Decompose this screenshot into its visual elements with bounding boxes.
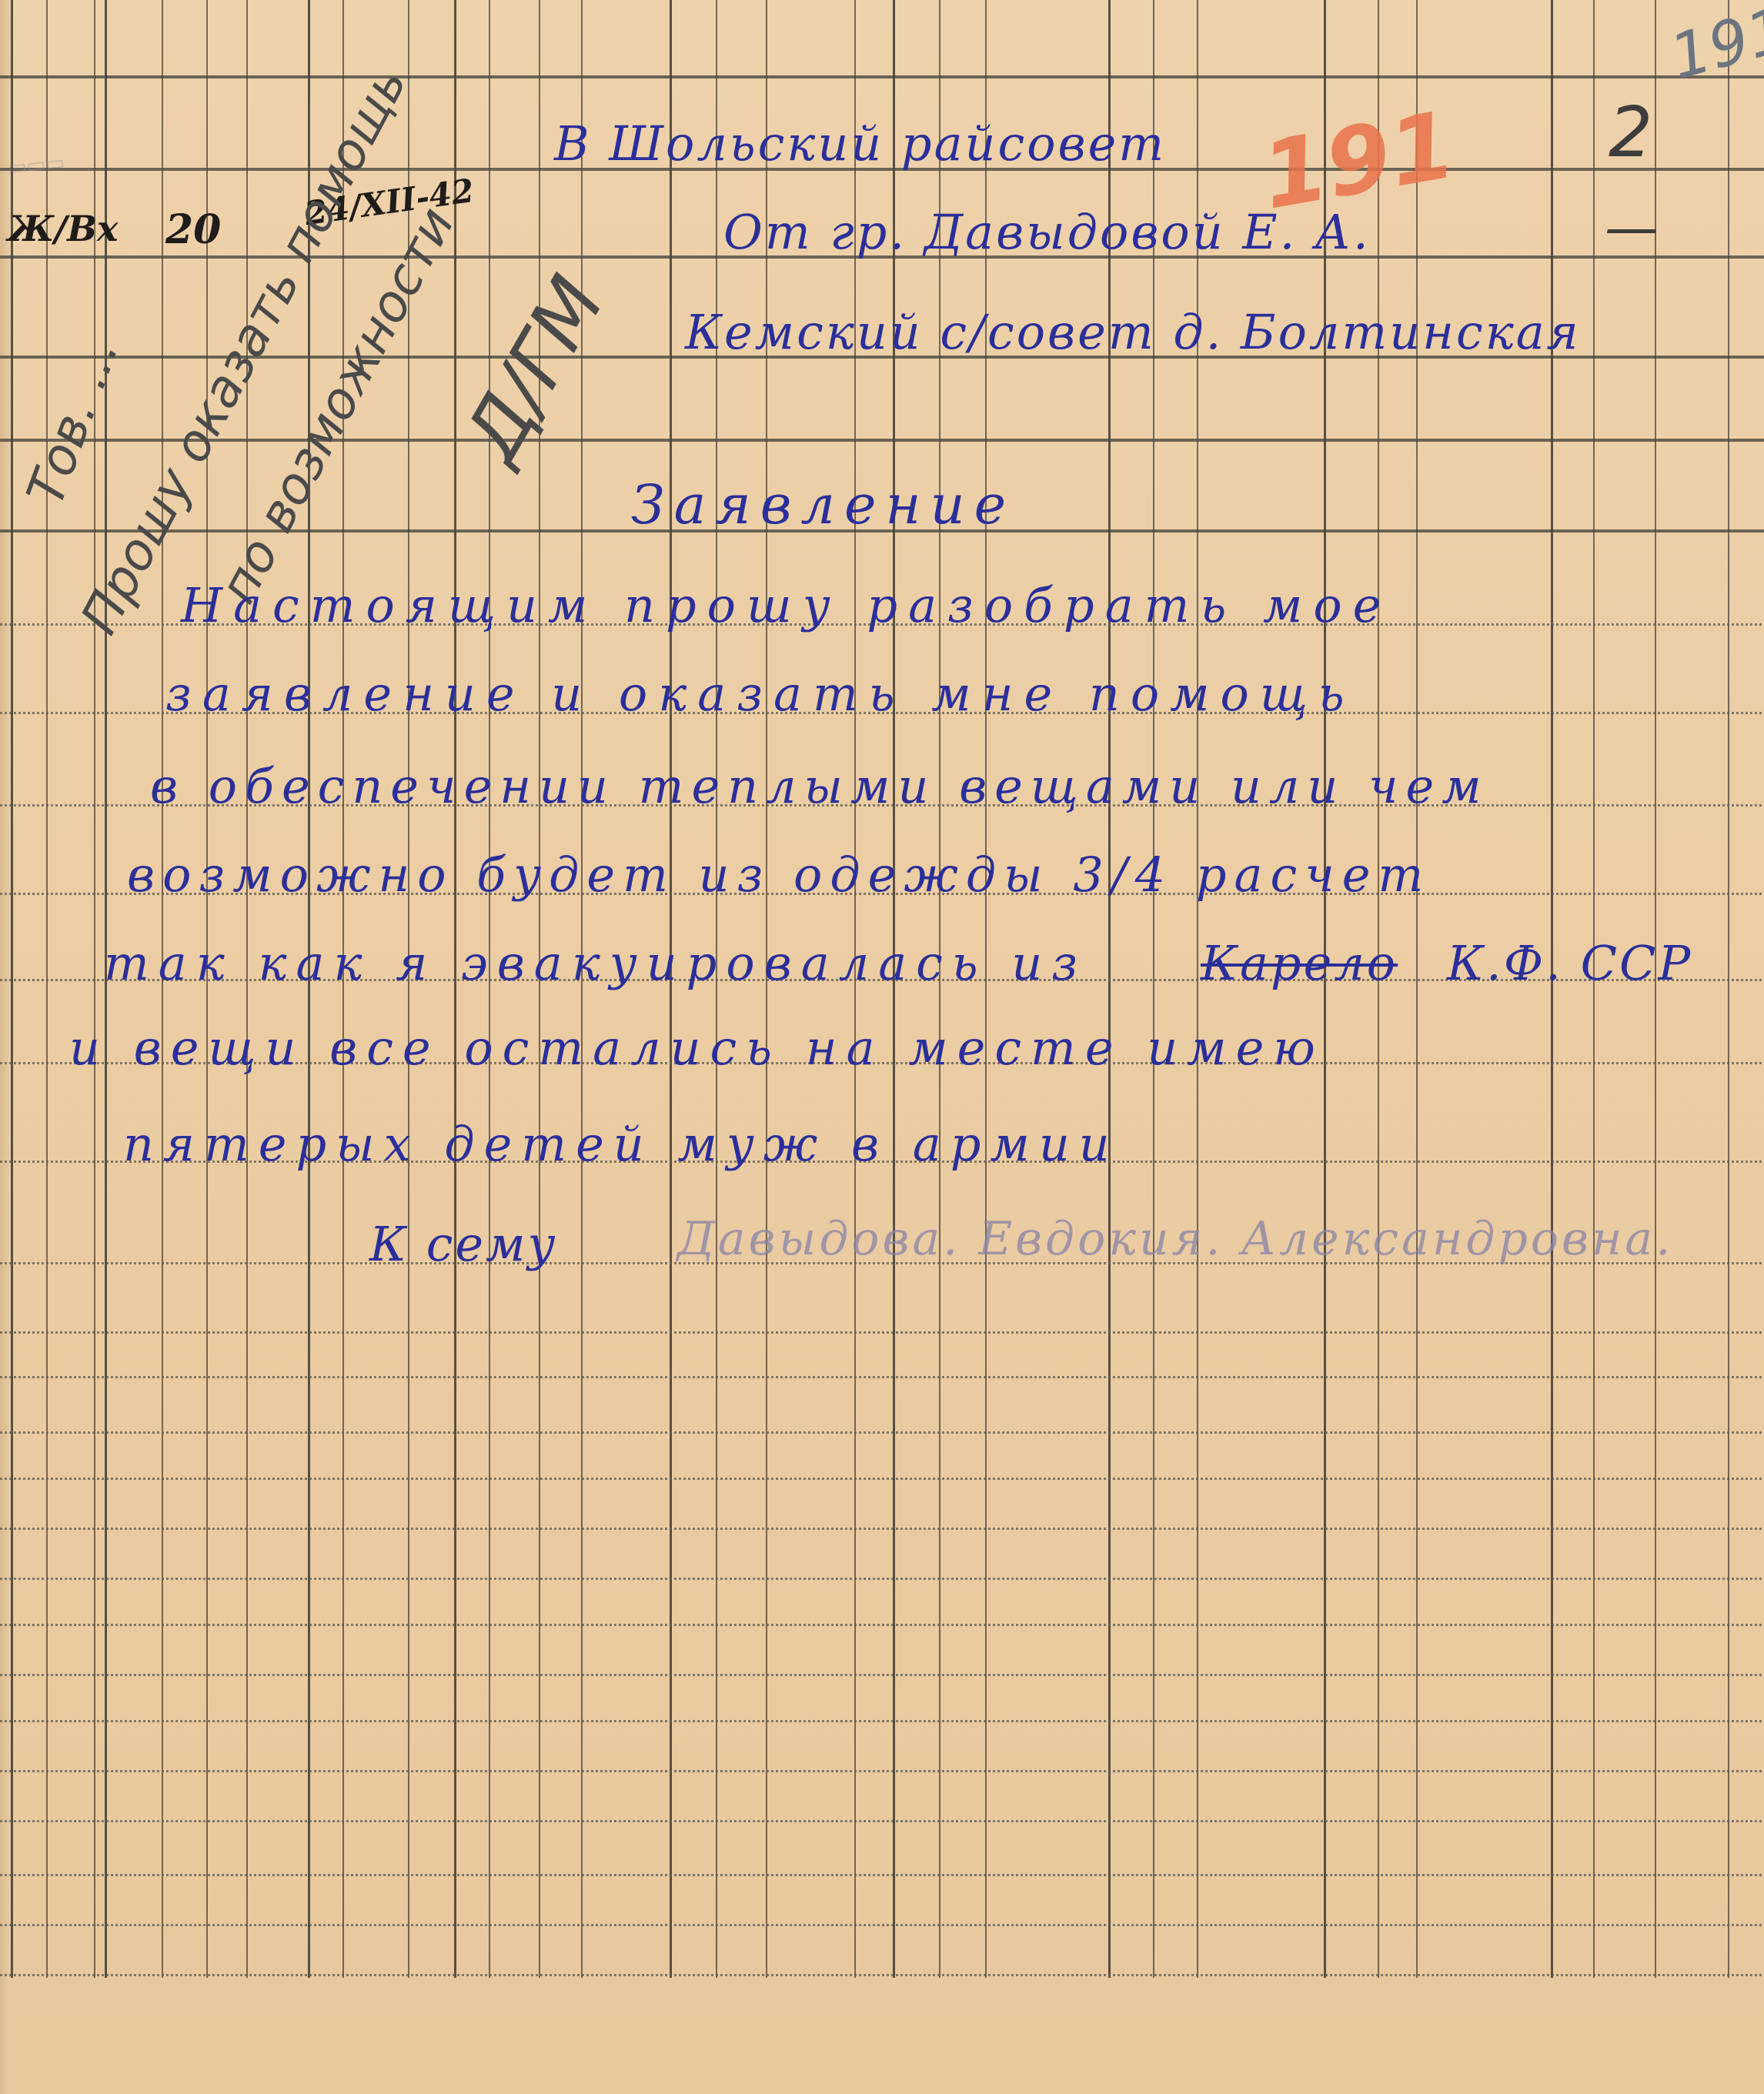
body-line-3: в обеспечении теплыми вещами или чем: [150, 758, 1489, 814]
body-line-2: заявление и оказать мне помощь: [165, 666, 1355, 722]
body-line-1: Настоящим прошу разобрать мое: [181, 577, 1391, 633]
struck-word: Карело: [1201, 935, 1398, 991]
region-abbrev: К.Ф. ССР: [1447, 935, 1692, 991]
body-line-4: возможно будет из одежды 3/4 расчет: [127, 847, 1431, 903]
addressee: В Шольский райсовет: [554, 115, 1166, 172]
registration-label: Ж/Вх: [8, 208, 118, 249]
address-line: Кемский с/совет д. Болтинская: [685, 304, 1581, 360]
binding-edge: [0, 0, 11, 2094]
applicant-signature: Давыдова. Евдокия. Александровна.: [677, 1212, 1673, 1266]
document-title: Заявление: [631, 473, 1015, 536]
crossed-folio-number: 2: [1609, 92, 1652, 173]
body-line-7: пятерых детей муж в армии: [123, 1116, 1119, 1172]
body-line-6: и вещи все остались на месте имею: [69, 1020, 1325, 1076]
body-line-5: так как я эвакуировалась из: [104, 935, 1087, 991]
dash-mark: —: [1605, 196, 1659, 259]
registration-number: 20: [165, 206, 221, 253]
closing-phrase: К сему: [369, 1216, 557, 1272]
from-line: От гр. Давыдовой Е. А.: [723, 204, 1371, 260]
